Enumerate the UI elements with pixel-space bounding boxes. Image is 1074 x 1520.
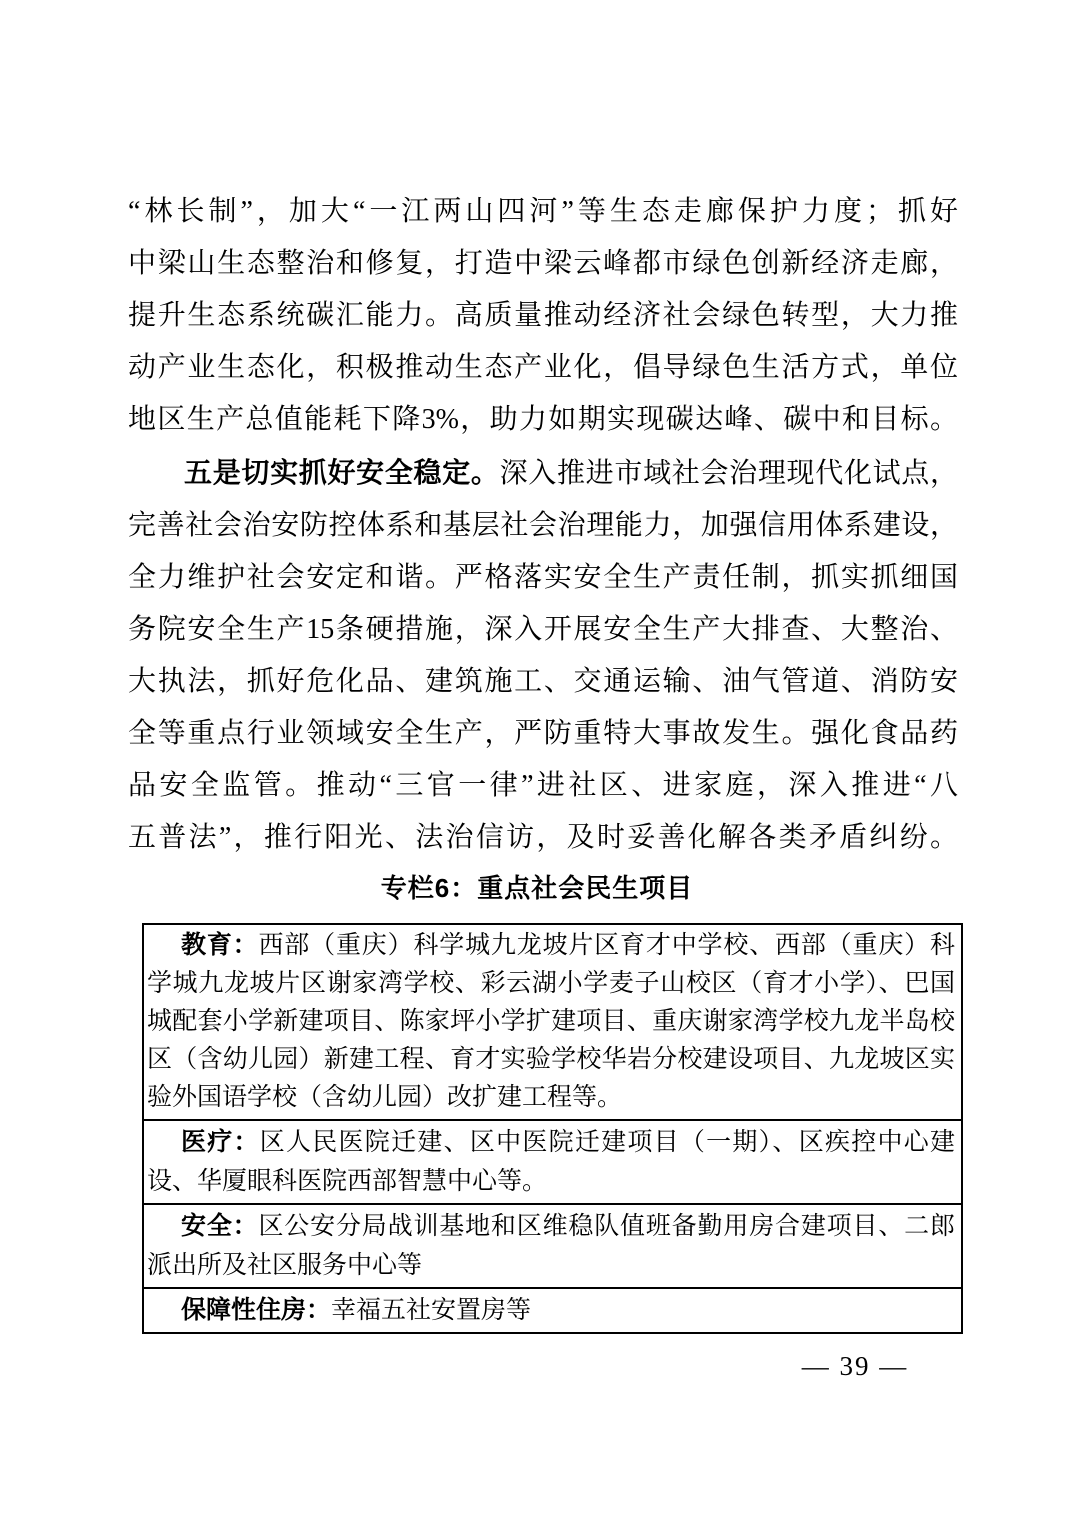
table-line: 保障性住房：幸福五社安置房等 [147,1291,955,1330]
paragraph-lead-bold: 五是切实抓好安全稳定。 [184,458,500,489]
paragraph-lead-rest: 深入推进市域社会治理现代化试点， [500,458,958,489]
table-line: 验外国语学校（含幼儿园）改扩建工程等。 [147,1079,955,1117]
body-line: 大执法，抓好危化品、建筑施工、交通运输、油气管道、消防安 [128,656,958,708]
table-line: 城配套小学新建项目、陈家坪小学扩建项目、重庆谢家湾学校九龙半岛校 [147,1003,955,1041]
page-number: — 39 — [780,1350,930,1382]
row-text: 区公安分局战训基地和区维稳队值班备勤用房合建项目、二郎 [258,1213,955,1240]
body-line: 地区生产总值能耗下降3%，助力如期实现碳达峰、碳中和目标。 [128,394,958,446]
paragraph-ecology: “林长制”，加大“一江两山四河”等生态走廊保护力度；抓好 中梁山生态整治和修复，… [128,186,958,446]
table-row-housing: 保障性住房：幸福五社安置房等 [144,1287,961,1332]
document-page: “林长制”，加大“一江两山四河”等生态走廊保护力度；抓好 中梁山生态整治和修复，… [0,0,1074,1520]
row-label: 保障性住房： [181,1297,331,1324]
table-row-education: 教育：西部（重庆）科学城九龙坡片区育才中学校、西部（重庆）科 学城九龙坡片区谢家… [144,925,961,1119]
table-line: 设、华厦眼科医院西部智慧中心等。 [147,1162,955,1201]
row-text: 幸福五社安置房等 [331,1297,531,1324]
projects-table: 教育：西部（重庆）科学城九龙坡片区育才中学校、西部（重庆）科 学城九龙坡片区谢家… [142,923,963,1334]
table-row-safety: 安全：区公安分局战训基地和区维稳队值班备勤用房合建项目、二郎 派出所及社区服务中… [144,1203,961,1287]
body-line: “林长制”，加大“一江两山四河”等生态走廊保护力度；抓好 [128,186,958,238]
table-line: 安全：区公安分局战训基地和区维稳队值班备勤用房合建项目、二郎 [147,1207,955,1246]
table-line: 教育：西部（重庆）科学城九龙坡片区育才中学校、西部（重庆）科 [147,927,955,965]
table-line: 区（含幼儿园）新建工程、育才实验学校华岩分校建设项目、九龙坡区实 [147,1041,955,1079]
body-line: 品安全监管。推动“三官一律”进社区、进家庭，深入推进“八 [128,760,958,812]
table-row-medical: 医疗：区人民医院迁建、区中医院迁建项目（一期）、区疾控中心建 设、华厦眼科医院西… [144,1119,961,1203]
table-line: 学城九龙坡片区谢家湾学校、彩云湖小学麦子山校区（育才小学）、巴国 [147,965,955,1003]
body-line: 中梁山生态整治和修复，打造中梁云峰都市绿色创新经济走廊， [128,238,958,290]
body-line: 全等重点行业领域安全生产，严防重特大事故发生。强化食品药 [128,708,958,760]
table-line: 派出所及社区服务中心等 [147,1246,955,1285]
body-line: 全力维护社会安定和谐。严格落实安全生产责任制，抓实抓细国 [128,552,958,604]
body-line: 五是切实抓好安全稳定。深入推进市域社会治理现代化试点， [128,448,958,500]
row-label: 安全： [181,1213,258,1240]
paragraph-security: 五是切实抓好安全稳定。深入推进市域社会治理现代化试点， 完善社会治安防控体系和基… [128,448,958,864]
body-line: 动产业生态化，积极推动生态产业化，倡导绿色生活方式，单位 [128,342,958,394]
row-label: 教育： [181,932,258,959]
body-line: 完善社会治安防控体系和基层社会治理能力，加强信用体系建设， [128,500,958,552]
table-line: 医疗：区人民医院迁建、区中医院迁建项目（一期）、区疾控中心建 [147,1123,955,1162]
body-line: 提升生态系统碳汇能力。高质量推动经济社会绿色转型，大力推 [128,290,958,342]
body-line: 五普法”，推行阳光、法治信访，及时妥善化解各类矛盾纠纷。 [128,812,958,864]
row-text: 西部（重庆）科学城九龙坡片区育才中学校、西部（重庆）科 [258,932,955,959]
row-label: 医疗： [181,1129,260,1156]
row-text: 区人民医院迁建、区中医院迁建项目（一期）、区疾控中心建 [260,1129,955,1156]
box-heading: 专栏6：重点社会民生项目 [0,870,1074,906]
body-line: 务院安全生产15条硬措施，深入开展安全生产大排查、大整治、 [128,604,958,656]
